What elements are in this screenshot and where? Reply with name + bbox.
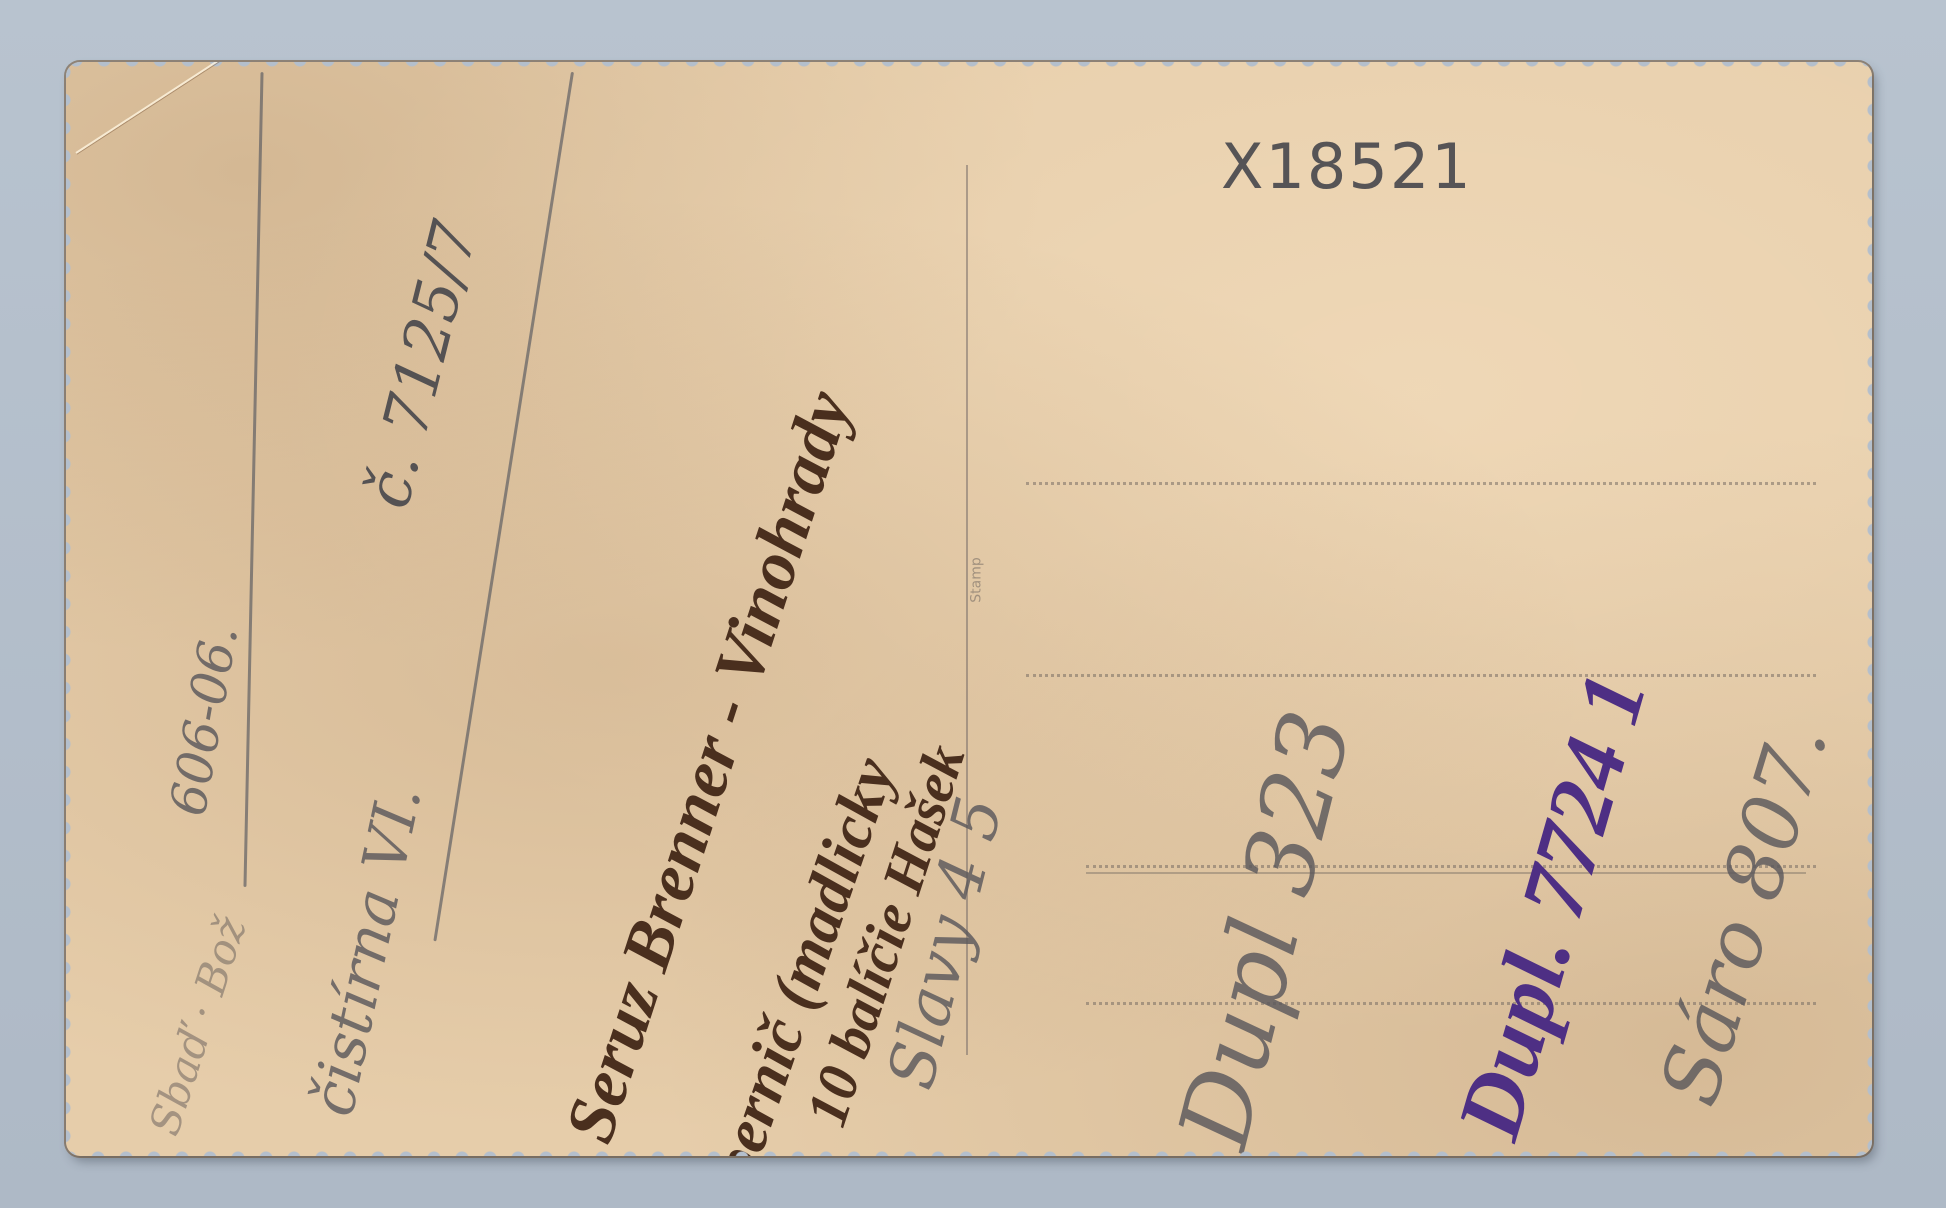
address-line-2 [1026, 674, 1816, 677]
pencil-duplicate-number: Dupl 323 [1157, 700, 1373, 1156]
pencil-date: 606-06. [159, 621, 249, 820]
purple-duplicate-number: Dupl. 7724 1 [1437, 663, 1668, 1150]
address-line-3 [1086, 865, 1816, 868]
address-underline [1086, 872, 1806, 874]
divider-label: Stamp [969, 557, 985, 602]
address-line-1 [1026, 482, 1816, 485]
catalog-number: X18521 [1221, 130, 1473, 203]
pencil-saro-note: Sáro 807. [1642, 712, 1846, 1115]
scalloped-edge-left [66, 62, 74, 1156]
pencil-diagonal-line [433, 72, 574, 942]
scalloped-edge-right [1864, 62, 1872, 1156]
pencil-faint-note: Sbaď · Bož [139, 911, 255, 1141]
pencil-cleaner-note: čistírna VI. [298, 780, 436, 1122]
pencil-reference-number: č. 7125/7 [350, 214, 492, 515]
postcard-back: Stamp X18521 606-06. Sbaď · Bož č. 7125/… [66, 62, 1872, 1156]
paper-crease [75, 62, 235, 154]
pencil-margin-line [243, 72, 263, 887]
